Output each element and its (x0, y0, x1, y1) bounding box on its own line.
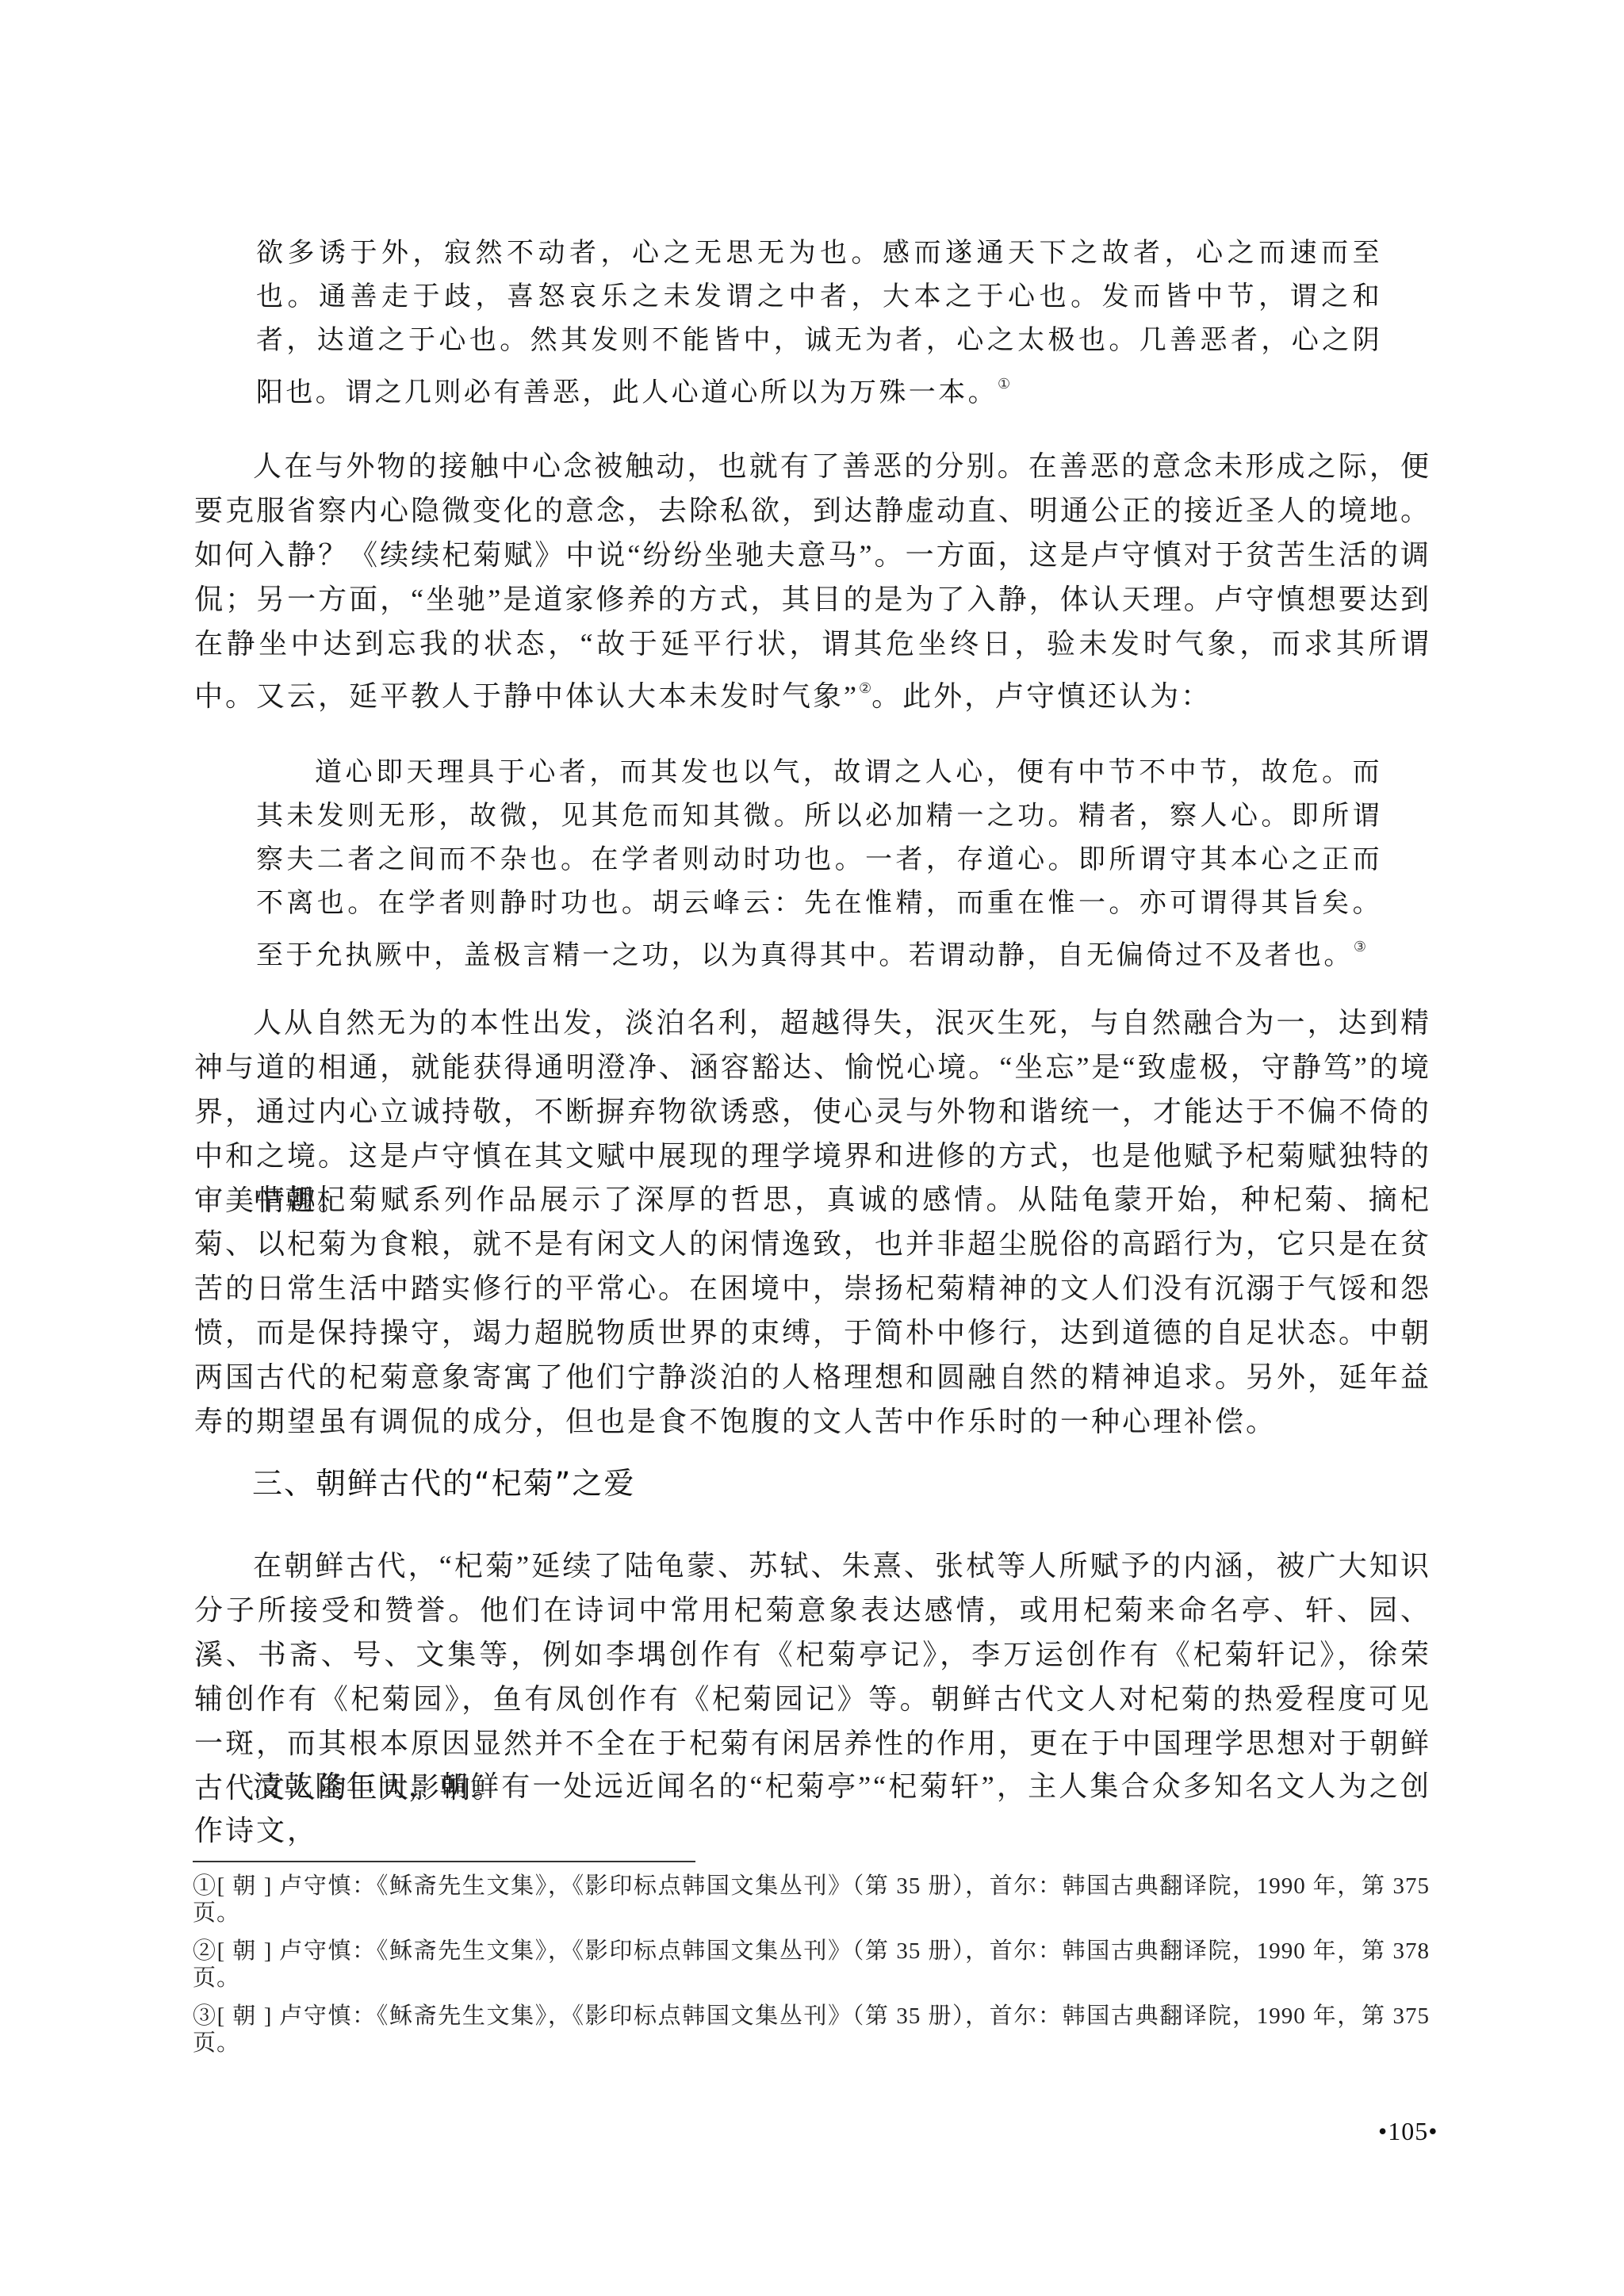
footnote-2: ②[ 朝 ] 卢守慎：《稣斋先生文集》，《影印标点韩国文集丛刊》（第 35 册）… (193, 1938, 1430, 1992)
footnote-3-marker: ③ (193, 2003, 217, 2029)
document-page: 欲多诱于外，寂然不动者，心之无思无为也。感而遂通天下之故者，心之而速而至也。通善… (0, 0, 1624, 2296)
paragraph-1-text-a: 人在与外物的接触中心念被触动，也就有了善恶的分别。在善恶的意念未形成之际，便要克… (194, 450, 1431, 712)
footnote-ref-2[interactable]: ② (859, 680, 871, 696)
footnote-1-text: [ 朝 ] 卢守慎：《稣斋先生文集》，《影印标点韩国文集丛刊》（第 35 册），… (193, 1873, 1430, 1926)
footnote-3: ③[ 朝 ] 卢守慎：《稣斋先生文集》，《影印标点韩国文集丛刊》（第 35 册）… (193, 2003, 1430, 2057)
footnotes-section: ①[ 朝 ] 卢守慎：《稣斋先生文集》，《影印标点韩国文集丛刊》（第 35 册）… (193, 1873, 1430, 2068)
paragraph-5: 清乾隆年间，朝鲜有一处远近闻名的“杞菊亭”“杞菊轩”，主人集合众多知名文人为之创… (194, 1764, 1431, 1853)
footnote-1-marker: ① (193, 1873, 217, 1899)
paragraph-1: 人在与外物的接触中心念被触动，也就有了善恶的分别。在善恶的意念未形成之际，便要克… (194, 444, 1431, 718)
footnote-ref-3[interactable]: ③ (1354, 939, 1366, 955)
page-number: •105• (1378, 2117, 1438, 2146)
footnote-3-text: [ 朝 ] 卢守慎：《稣斋先生文集》，《影印标点韩国文集丛刊》（第 35 册），… (193, 2003, 1430, 2056)
footnote-divider (193, 1861, 695, 1862)
block-quote-1: 欲多诱于外，寂然不动者，心之无思无为也。感而遂通天下之故者，心之而速而至也。通善… (256, 232, 1382, 415)
footnote-2-text: [ 朝 ] 卢守慎：《稣斋先生文集》，《影印标点韩国文集丛刊》（第 35 册），… (193, 1938, 1430, 1991)
section-heading: 三、朝鲜古代的“杞菊”之爱 (252, 1464, 635, 1503)
quote-2-text: 道心即天理具于心者，而其发也以气，故谓之人心，便有中节不中节，故危。而其未发则无… (256, 756, 1382, 971)
footnote-ref-1[interactable]: ① (998, 376, 1010, 392)
quote-1-text: 欲多诱于外，寂然不动者，心之无思无为也。感而遂通天下之故者，心之而速而至也。通善… (256, 237, 1382, 408)
footnote-2-marker: ② (193, 1938, 217, 1964)
paragraph-1-text-b: 。此外，卢守慎还认为： (871, 680, 1212, 712)
paragraph-3: 中朝杞菊赋系列作品展示了深厚的哲思，真诚的感情。从陆龟蒙开始，种杞菊、摘杞菊、以… (194, 1177, 1431, 1444)
footnote-1: ①[ 朝 ] 卢守慎：《稣斋先生文集》，《影印标点韩国文集丛刊》（第 35 册）… (193, 1873, 1430, 1927)
block-quote-2: 道心即天理具于心者，而其发也以气，故谓之人心，便有中节不中节，故危。而其未发则无… (256, 751, 1382, 978)
